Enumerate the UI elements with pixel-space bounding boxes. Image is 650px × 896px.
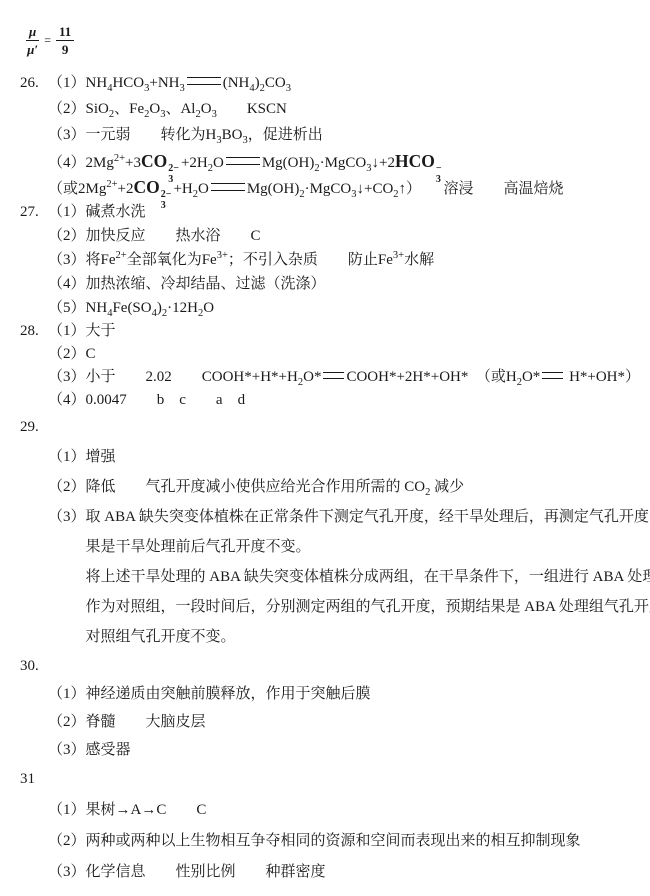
answer-text: 碱煮水洗 [86,204,146,220]
answer-line: 28.（1）大于 [20,320,640,343]
item-marker: （5） [48,300,86,316]
section-31: 31（1）果树→A→C C（2）两种或两种以上生物相互争夺相同的资源和空间而表现… [20,764,640,888]
answer-text: 加热浓缩、冷却结晶、过滤（洗涤） [86,276,326,292]
item-marker: （2） [48,228,86,244]
answer-text: 对照组气孔开度不变。 [86,629,236,645]
section-number: 31 [20,764,48,795]
answer-text: 一元弱 转化为H3BO3，促进析出 [86,127,323,143]
answer-line: （3）将Fe2+全部氧化为Fe3+；不引入杂质 防止Fe3+水解 [20,248,640,272]
answer-line: （5）NH4Fe(SO4)2·12H2O [20,296,640,320]
item-marker: （4） [48,392,86,408]
answer-text: 取 ABA 缺失突变体植株在正常条件下测定气孔开度，经干旱处理后，再测定气孔开度… [86,509,650,525]
answer-line: （2）降低 气孔开度减小使供应给光合作用所需的 CO2 减少 [20,472,640,502]
answer-text: 增强 [86,449,116,465]
item-marker: （1） [48,323,86,339]
answer-text: NH4HCO3+NH3(NH4)2CO3 [86,75,291,91]
item-marker: （2） [48,714,86,730]
answer-text: 小于 2.02 COOH*+H*+H2O*COOH*+2H*+OH* （或H2O… [86,369,641,385]
item-marker: （3） [48,369,86,385]
section-number: 29. [20,412,48,442]
section-number: 30. [20,652,48,680]
item-marker: （3） [48,127,86,143]
section-number: 26. [20,70,48,96]
answer-text: 作为对照组，一段时间后，分别测定两组的气孔开度，预期结果是 ABA 处理组气孔开… [86,599,650,615]
mu-ratio-formula: μ μ′ = 11 9 [26,18,640,62]
answer-line: （1）对照组气孔开度不变。 [20,622,640,652]
answer-line: （或2Mg2++2CO2−3+H2OMg(OH)2·MgCO3↓+CO2↑） 溶… [20,174,640,200]
answer-line: （3）一元弱 转化为H3BO3，促进析出 [20,122,640,148]
answer-line: （2）SiO2、Fe2O3、Al2O3 KSCN [20,96,640,122]
answer-line: （3）取 ABA 缺失突变体植株在正常条件下测定气孔开度，经干旱处理后，再测定气… [20,502,640,532]
section-26: 26.（1）NH4HCO3+NH3(NH4)2CO3（2）SiO2、Fe2O3、… [20,70,640,200]
item-marker: （4） [48,276,86,292]
answer-text: NH4Fe(SO4)2·12H2O [86,300,215,316]
answer-text: （或2Mg2++2CO2−3+H2OMg(OH)2·MgCO3↓+CO2↑） 溶… [48,181,564,197]
section-number-line: 30. [20,652,640,680]
answer-text: SiO2、Fe2O3、Al2O3 KSCN [86,101,287,117]
answer-line: （4）加热浓缩、冷却结晶、过滤（洗涤） [20,272,640,296]
answer-text: C [86,346,96,362]
answer-text: 果是干旱处理前后气孔开度不变。 [86,539,311,555]
answer-text: 将Fe2+全部氧化为Fe3+；不引入杂质 防止Fe3+水解 [86,252,435,268]
answer-line: （3）化学信息 性别比例 种群密度 [20,857,640,888]
section-number-line: 29. [20,412,640,442]
item-marker: （2） [48,101,86,117]
item-marker: （1） [48,204,86,220]
item-marker: （2） [48,479,86,495]
answer-line: （1）果树→A→C C [20,795,640,826]
answer-line: （1）果是干旱处理前后气孔开度不变。 [20,532,640,562]
answer-text: 果树→A→C C [86,802,207,818]
answer-text: 脊髓 大脑皮层 [86,714,206,730]
item-marker: （3） [48,864,86,880]
answer-text: 降低 气孔开度减小使供应给光合作用所需的 CO2 减少 [86,479,465,495]
answer-line: （1）作为对照组，一段时间后，分别测定两组的气孔开度，预期结果是 ABA 处理组… [20,592,640,622]
answer-line: 27.（1）碱煮水洗 [20,200,640,224]
answer-line: （2）两种或两种以上生物相互争夺相同的资源和空间而表现出来的相互抑制现象 [20,826,640,857]
item-marker: （1） [48,686,86,702]
answer-line: （2）加快反应 热水浴 C [20,224,640,248]
answer-text: 加快反应 热水浴 C [86,228,261,244]
answer-text: 将上述干旱处理的 ABA 缺失突变体植株分成两组，在干旱条件下，一组进行 ABA… [86,569,650,585]
item-marker: （1） [48,802,86,818]
answer-text: 大于 [86,323,116,339]
answer-line: （1）增强 [20,442,640,472]
item-marker: （1） [48,75,86,91]
answer-line: （2）C [20,343,640,366]
value-fraction: 11 9 [56,25,74,56]
item-marker: （3） [48,509,86,525]
answer-line: （4）2Mg2++3CO2−3+2H2OMg(OH)2·MgCO3↓+2HCO−… [20,148,640,174]
answer-line: （4）0.0047 b c a d [20,389,640,412]
equals-sign: = [43,33,52,48]
answers: 26.（1）NH4HCO3+NH3(NH4)2CO3（2）SiO2、Fe2O3、… [20,70,640,888]
answer-text: 化学信息 性别比例 种群密度 [86,864,326,880]
item-marker: （4） [48,155,86,171]
answer-line: 26.（1）NH4HCO3+NH3(NH4)2CO3 [20,70,640,96]
section-27: 27.（1）碱煮水洗（2）加快反应 热水浴 C（3）将Fe2+全部氧化为Fe3+… [20,200,640,320]
section-number: 28. [20,320,48,343]
item-marker: （1） [48,449,86,465]
answer-line: （3）感受器 [20,736,640,764]
value-numerator: 11 [56,25,74,41]
section-29: 29.（1）增强（2）降低 气孔开度减小使供应给光合作用所需的 CO2 减少（3… [20,412,640,652]
answer-text: 0.0047 b c a d [86,392,246,408]
answer-text: 神经递质由突触前膜释放，作用于突触后膜 [86,686,371,702]
item-marker: （3） [48,252,86,268]
document-page: μ μ′ = 11 9 26.（1）NH4HCO3+NH3(NH4)2CO3（2… [0,0,650,888]
answer-line: （2）脊髓 大脑皮层 [20,708,640,736]
section-number-line: 31 [20,764,640,795]
item-marker: （2） [48,346,86,362]
answer-text: 感受器 [86,742,131,758]
answer-text: 2Mg2++3CO2−3+2H2OMg(OH)2·MgCO3↓+2HCO−3 [86,155,444,171]
value-denominator: 9 [62,41,69,56]
section-number: 27. [20,200,48,224]
answer-line: （1）将上述干旱处理的 ABA 缺失突变体植株分成两组，在干旱条件下，一组进行 … [20,562,640,592]
section-28: 28.（1）大于（2）C（3）小于 2.02 COOH*+H*+H2O*COOH… [20,320,640,412]
item-marker: （2） [48,833,86,849]
answer-text: 两种或两种以上生物相互争夺相同的资源和空间而表现出来的相互抑制现象 [86,833,581,849]
answer-line: （1）神经递质由突触前膜释放，作用于突触后膜 [20,680,640,708]
section-30: 30.（1）神经递质由突触前膜释放，作用于突触后膜（2）脊髓 大脑皮层（3）感受… [20,652,640,764]
mu-denominator: μ′ [27,41,38,56]
mu-numerator: μ [26,25,39,41]
mu-fraction: μ μ′ [26,25,39,56]
item-marker: （3） [48,742,86,758]
answer-line: （3）小于 2.02 COOH*+H*+H2O*COOH*+2H*+OH* （或… [20,366,640,389]
